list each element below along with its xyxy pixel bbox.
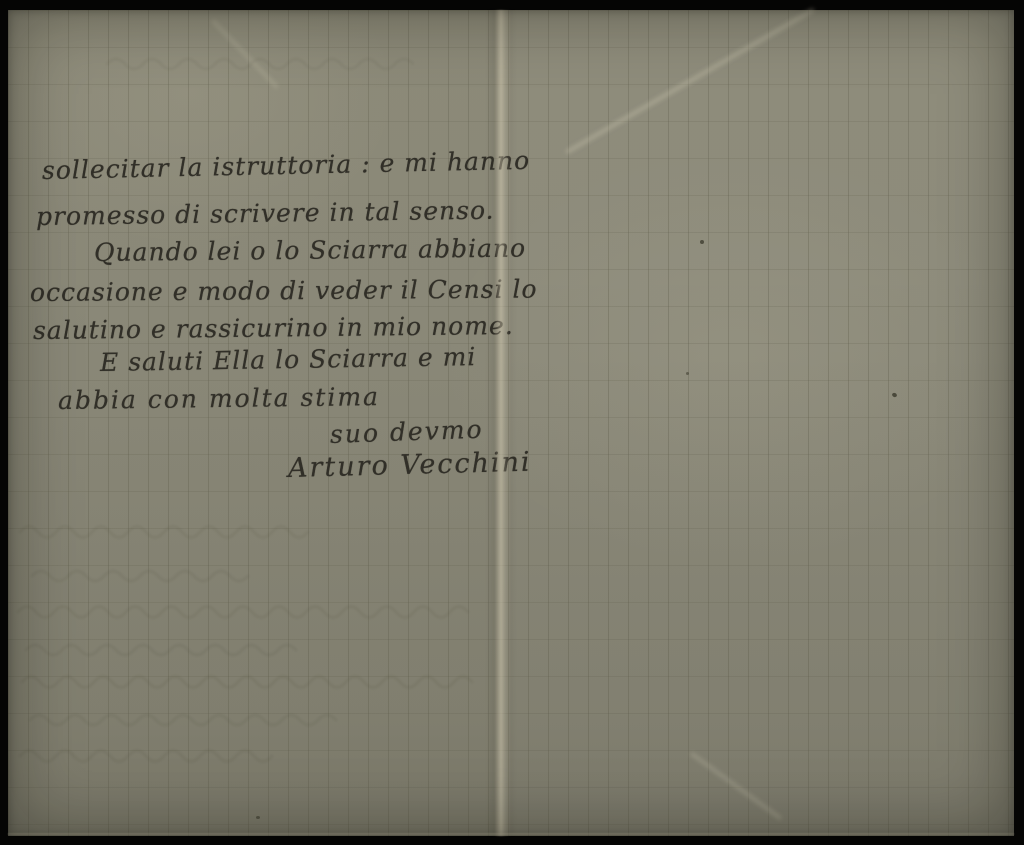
handwriting-line-7: abbia con molta stima — [58, 384, 380, 413]
ink-speck — [686, 372, 689, 375]
letter-page-right-blank — [498, 10, 1014, 836]
closing-valediction: suo devmo — [330, 417, 484, 447]
scan-background: sollecitar la istruttoria : e mi hanno p… — [0, 0, 1024, 845]
handwriting-line-6: E saluti Ella lo Sciarra e mi — [100, 344, 477, 375]
ink-speck — [256, 816, 260, 819]
handwriting-line-2: promesso di scrivere in tal senso. — [36, 198, 495, 229]
ink-speck — [700, 240, 704, 244]
handwriting-line-5: salutino e rassicurino in mio nome. — [33, 313, 514, 343]
handwriting-line-3: Quando lei o lo Sciarra abbiano — [94, 235, 526, 265]
paper-edge-highlight — [8, 833, 1014, 835]
handwriting-line-4: occasione e modo di veder il Censi lo — [30, 276, 538, 305]
scanned-letter-sheet: sollecitar la istruttoria : e mi hanno p… — [8, 10, 1014, 836]
center-fold-crease — [486, 10, 516, 836]
